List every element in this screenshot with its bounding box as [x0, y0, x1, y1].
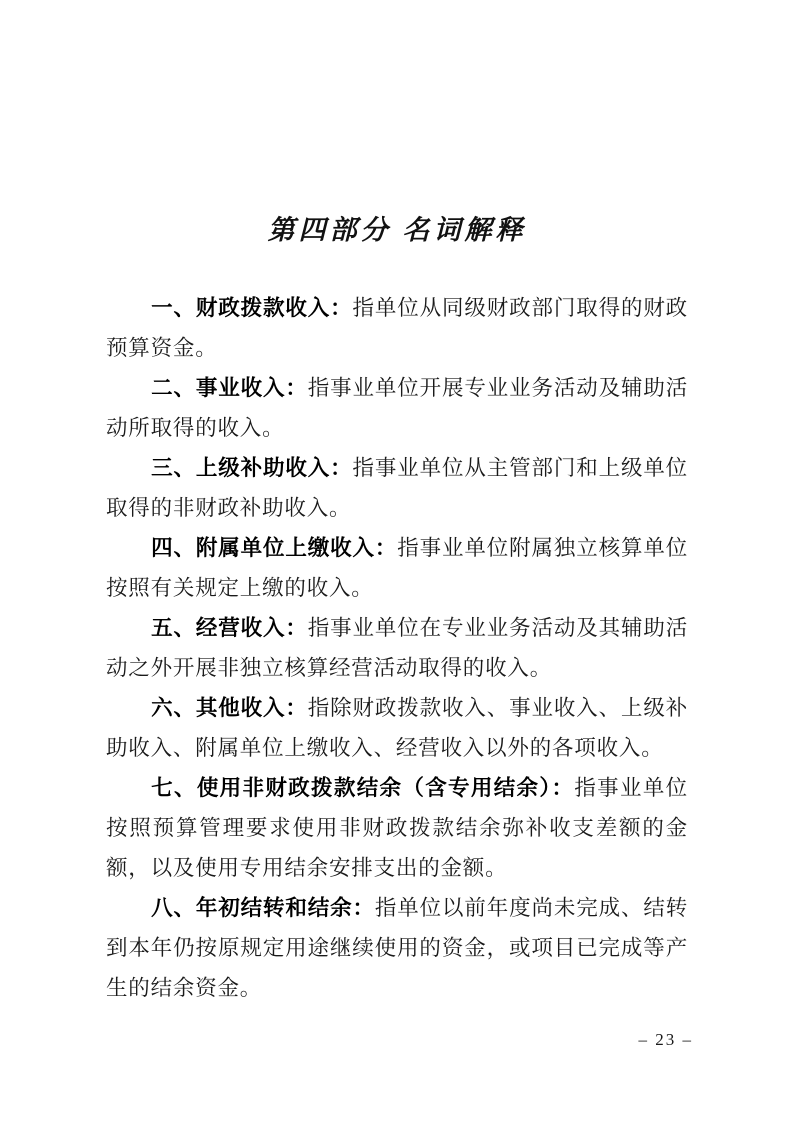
definition-paragraph: 六、其他收入：指除财政拨款收入、事业收入、上级补助收入、附属单位上缴收入、经营收…: [106, 688, 688, 768]
definition-paragraph: 一、财政拨款收入：指单位从同级财政部门取得的财政预算资金。: [106, 288, 688, 368]
page-number: – 23 –: [639, 1030, 694, 1050]
definition-paragraph: 四、附属单位上缴收入：指事业单位附属独立核算单位按照有关规定上缴的收入。: [106, 528, 688, 608]
document-page: 第四部分 名词解释 一、财政拨款收入：指单位从同级财政部门取得的财政预算资金。 …: [0, 0, 793, 1122]
definition-term: 六、其他收入：: [151, 696, 308, 720]
definition-term: 八、年初结转和结余：: [151, 896, 375, 920]
document-content: 第四部分 名词解释 一、财政拨款收入：指单位从同级财政部门取得的财政预算资金。 …: [106, 212, 688, 1008]
definition-term: 五、经营收入：: [151, 616, 308, 640]
definition-paragraph: 八、年初结转和结余：指单位以前年度尚未完成、结转到本年仍按原规定用途继续使用的资…: [106, 888, 688, 1008]
definition-paragraph: 五、经营收入：指事业单位在专业业务活动及其辅助活动之外开展非独立核算经营活动取得…: [106, 608, 688, 688]
section-title: 第四部分 名词解释: [106, 212, 688, 248]
definition-term: 一、财政拨款收入：: [151, 296, 352, 320]
definition-term: 七、使用非财政拨款结余（含专用结余）：: [151, 776, 574, 800]
definition-paragraph: 三、上级补助收入：指事业单位从主管部门和上级单位取得的非财政补助收入。: [106, 448, 688, 528]
definition-term: 二、事业收入：: [151, 376, 308, 400]
definition-term: 四、附属单位上缴收入：: [151, 536, 397, 560]
definition-paragraph: 二、事业收入：指事业单位开展专业业务活动及辅助活动所取得的收入。: [106, 368, 688, 448]
definition-paragraph: 七、使用非财政拨款结余（含专用结余）：指事业单位按照预算管理要求使用非财政拨款结…: [106, 768, 688, 888]
definition-term: 三、上级补助收入：: [151, 456, 352, 480]
